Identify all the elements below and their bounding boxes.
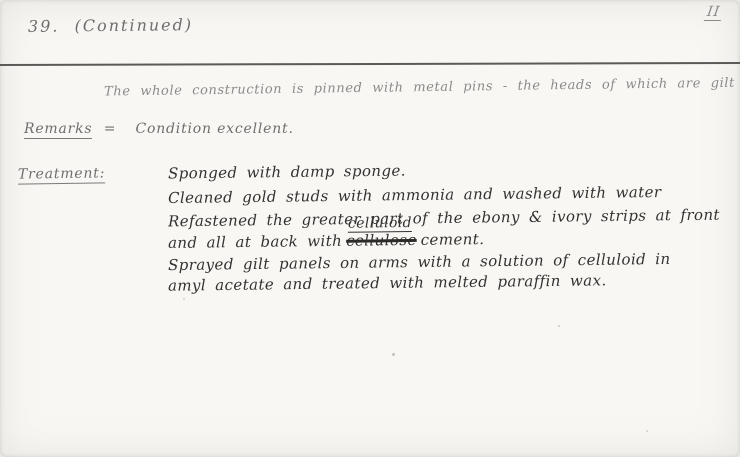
record-card-page: II 39. (Continued) The whole constructio… (0, 0, 740, 457)
inserted-word: celluloid (348, 216, 412, 233)
treatment-label: Treatment: (18, 165, 105, 184)
paper-speck (646, 430, 648, 432)
struck-word: cellulose (346, 231, 417, 250)
treatment-line: Sponged with damp sponge. (168, 162, 406, 183)
remarks-separator: = (104, 121, 117, 137)
treatment-line-correction: and all at back withcelluloidcellulosece… (168, 230, 485, 252)
item-heading: 39. (Continued) (28, 15, 193, 36)
treatment-line: Cleaned gold studs with ammonia and wash… (168, 183, 662, 207)
remarks-value: Condition excellent. (135, 121, 293, 137)
treatment-line: amyl acetate and treated with melted par… (168, 271, 607, 294)
construction-note: The whole construction is pinned with me… (104, 75, 740, 99)
treatment-line: Sprayed gilt panels on arms with a solut… (168, 250, 671, 274)
correction-before: and all at back with (168, 232, 342, 252)
correction-after: cement. (421, 230, 485, 249)
remarks-row: Remarks = Condition excellent. (24, 121, 294, 139)
correction-word: celluloidcellulose (346, 231, 417, 250)
page-number: II (704, 4, 723, 21)
treatment-line: Refastened the greater part of the ebony… (168, 206, 720, 231)
paper-speck (392, 353, 395, 356)
horizontal-rule (0, 62, 740, 66)
remarks-label: Remarks (24, 121, 92, 139)
item-number: 39. (28, 17, 60, 36)
paper-speck (183, 298, 185, 300)
item-continuation: (Continued) (74, 15, 193, 35)
paper-speck (558, 325, 560, 327)
